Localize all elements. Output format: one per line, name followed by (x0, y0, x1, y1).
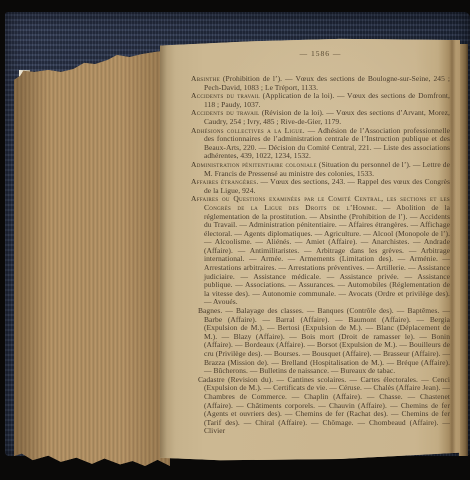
entry-headword: Adhésions collectives a la Ligue (191, 126, 303, 135)
entry-headword: Administration pénitentiaire coloniale (191, 160, 317, 169)
entry-headword: Affaires ou Questions examinées par le C… (191, 194, 450, 212)
index-entry: Absinthe (Prohibition de l’). — Vœux des… (191, 75, 450, 92)
page-number: — 1586 — (191, 49, 450, 58)
index-entry: Bagnes. — Balayage des classes. — Banque… (191, 307, 450, 376)
index-entry: Cadastre (Revision du). — Cantines scola… (191, 376, 450, 436)
index-entry: Accidents du travail (Révision de la loi… (191, 109, 450, 126)
entry-headword: Absinthe (191, 74, 220, 83)
index-entries: Absinthe (Prohibition de l’). — Vœux des… (191, 75, 450, 436)
index-entry: Affaires ou Questions examinées par le C… (191, 195, 450, 307)
facing-page-edge (459, 44, 468, 456)
book-scan: — 1586 — Absinthe (Prohibition de l’). —… (0, 0, 470, 480)
page-stack-edges (14, 50, 170, 466)
entry-headword: Accidents du travail (191, 91, 260, 100)
index-entry: Accidents du travail (Application de la … (191, 92, 450, 109)
index-entry: Administration pénitentiaire coloniale (… (191, 161, 450, 178)
entry-headword: Affaires étrangères (191, 177, 256, 186)
book-page: — 1586 — Absinthe (Prohibition de l’). —… (160, 38, 460, 462)
index-entry: Adhésions collectives a la Ligue. — Adhé… (191, 127, 450, 161)
page-text-block: — 1586 — Absinthe (Prohibition de l’). —… (191, 49, 450, 436)
index-entry: Affaires étrangères. — Vœux des sections… (191, 178, 450, 195)
entry-headword: Accidents du travail (191, 108, 259, 117)
